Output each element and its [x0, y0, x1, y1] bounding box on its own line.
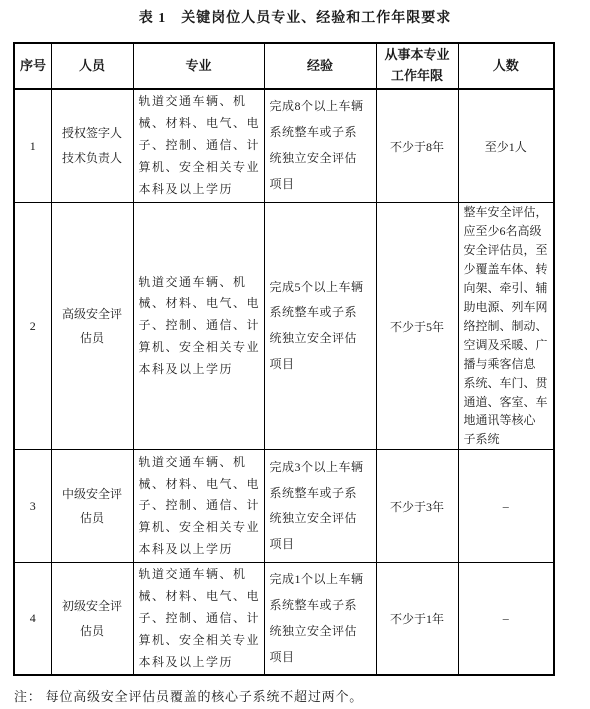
cell-person: 中级安全评 估员 — [51, 450, 133, 563]
header-work-years: 从事本专业 工作年限 — [376, 43, 458, 89]
cell-experience: 完成1个以上车辆 系统整车或子系 统独立安全评估 项目 — [264, 563, 376, 676]
cell-person: 初级安全评 估员 — [51, 563, 133, 676]
cell-count: – — [458, 450, 554, 563]
cell-major: 轨道交通车辆、机 械、材料、电气、电 子、控制、通信、计 算机、安全相关专业 本… — [133, 203, 264, 450]
cell-work-years: 不少于5年 — [376, 203, 458, 450]
cell-experience: 完成8个以上车辆 系统整车或子系 统独立安全评估 项目 — [264, 89, 376, 203]
cell-experience: 完成5个以上车辆 系统整车或子系 统独立安全评估 项目 — [264, 203, 376, 450]
cell-major: 轨道交通车辆、机 械、材料、电气、电 子、控制、通信、计 算机、安全相关专业 本… — [133, 563, 264, 676]
table-row: 4 初级安全评 估员 轨道交通车辆、机 械、材料、电气、电 子、控制、通信、计 … — [14, 563, 554, 676]
cell-person: 高级安全评 估员 — [51, 203, 133, 450]
cell-work-years: 不少于1年 — [376, 563, 458, 676]
cell-experience: 完成3个以上车辆 系统整车或子系 统独立安全评估 项目 — [264, 450, 376, 563]
header-major: 专业 — [133, 43, 264, 89]
cell-work-years: 不少于8年 — [376, 89, 458, 203]
requirements-table: 序号 人员 专业 经验 从事本专业 工作年限 人数 1 授权签字人 技术负责人 … — [13, 42, 555, 676]
cell-count: – — [458, 563, 554, 676]
cell-count: 至少1人 — [458, 89, 554, 203]
table-caption: 表 1 关键岗位人员专业、经验和工作年限要求 — [0, 7, 590, 27]
cell-seq: 1 — [14, 89, 51, 203]
cell-major: 轨道交通车辆、机 械、材料、电气、电 子、控制、通信、计 算机、安全相关专业 本… — [133, 450, 264, 563]
cell-seq: 2 — [14, 203, 51, 450]
header-person: 人员 — [51, 43, 133, 89]
header-count: 人数 — [458, 43, 554, 89]
cell-count: 整车安全评估， 应至少6名高级 安全评估员，至 少覆盖车体、转 向架、牵引、辅 … — [458, 203, 554, 450]
cell-major: 轨道交通车辆、机 械、材料、电气、电 子、控制、通信、计 算机、安全相关专业 本… — [133, 89, 264, 203]
cell-work-years: 不少于3年 — [376, 450, 458, 563]
cell-seq: 4 — [14, 563, 51, 676]
table-row: 3 中级安全评 估员 轨道交通车辆、机 械、材料、电气、电 子、控制、通信、计 … — [14, 450, 554, 563]
document-page: 表 1 关键岗位人员专业、经验和工作年限要求 序号 人员 专业 经验 从事本专业… — [0, 0, 590, 709]
header-row: 序号 人员 专业 经验 从事本专业 工作年限 人数 — [14, 43, 554, 89]
header-experience: 经验 — [264, 43, 376, 89]
cell-person: 授权签字人 技术负责人 — [51, 89, 133, 203]
table-row: 1 授权签字人 技术负责人 轨道交通车辆、机 械、材料、电气、电 子、控制、通信… — [14, 89, 554, 203]
footnote: 注： 每位高级安全评估员覆盖的核心子系统不超过两个。 — [14, 686, 363, 705]
table-row: 2 高级安全评 估员 轨道交通车辆、机 械、材料、电气、电 子、控制、通信、计 … — [14, 203, 554, 450]
header-seq: 序号 — [14, 43, 51, 89]
cell-seq: 3 — [14, 450, 51, 563]
